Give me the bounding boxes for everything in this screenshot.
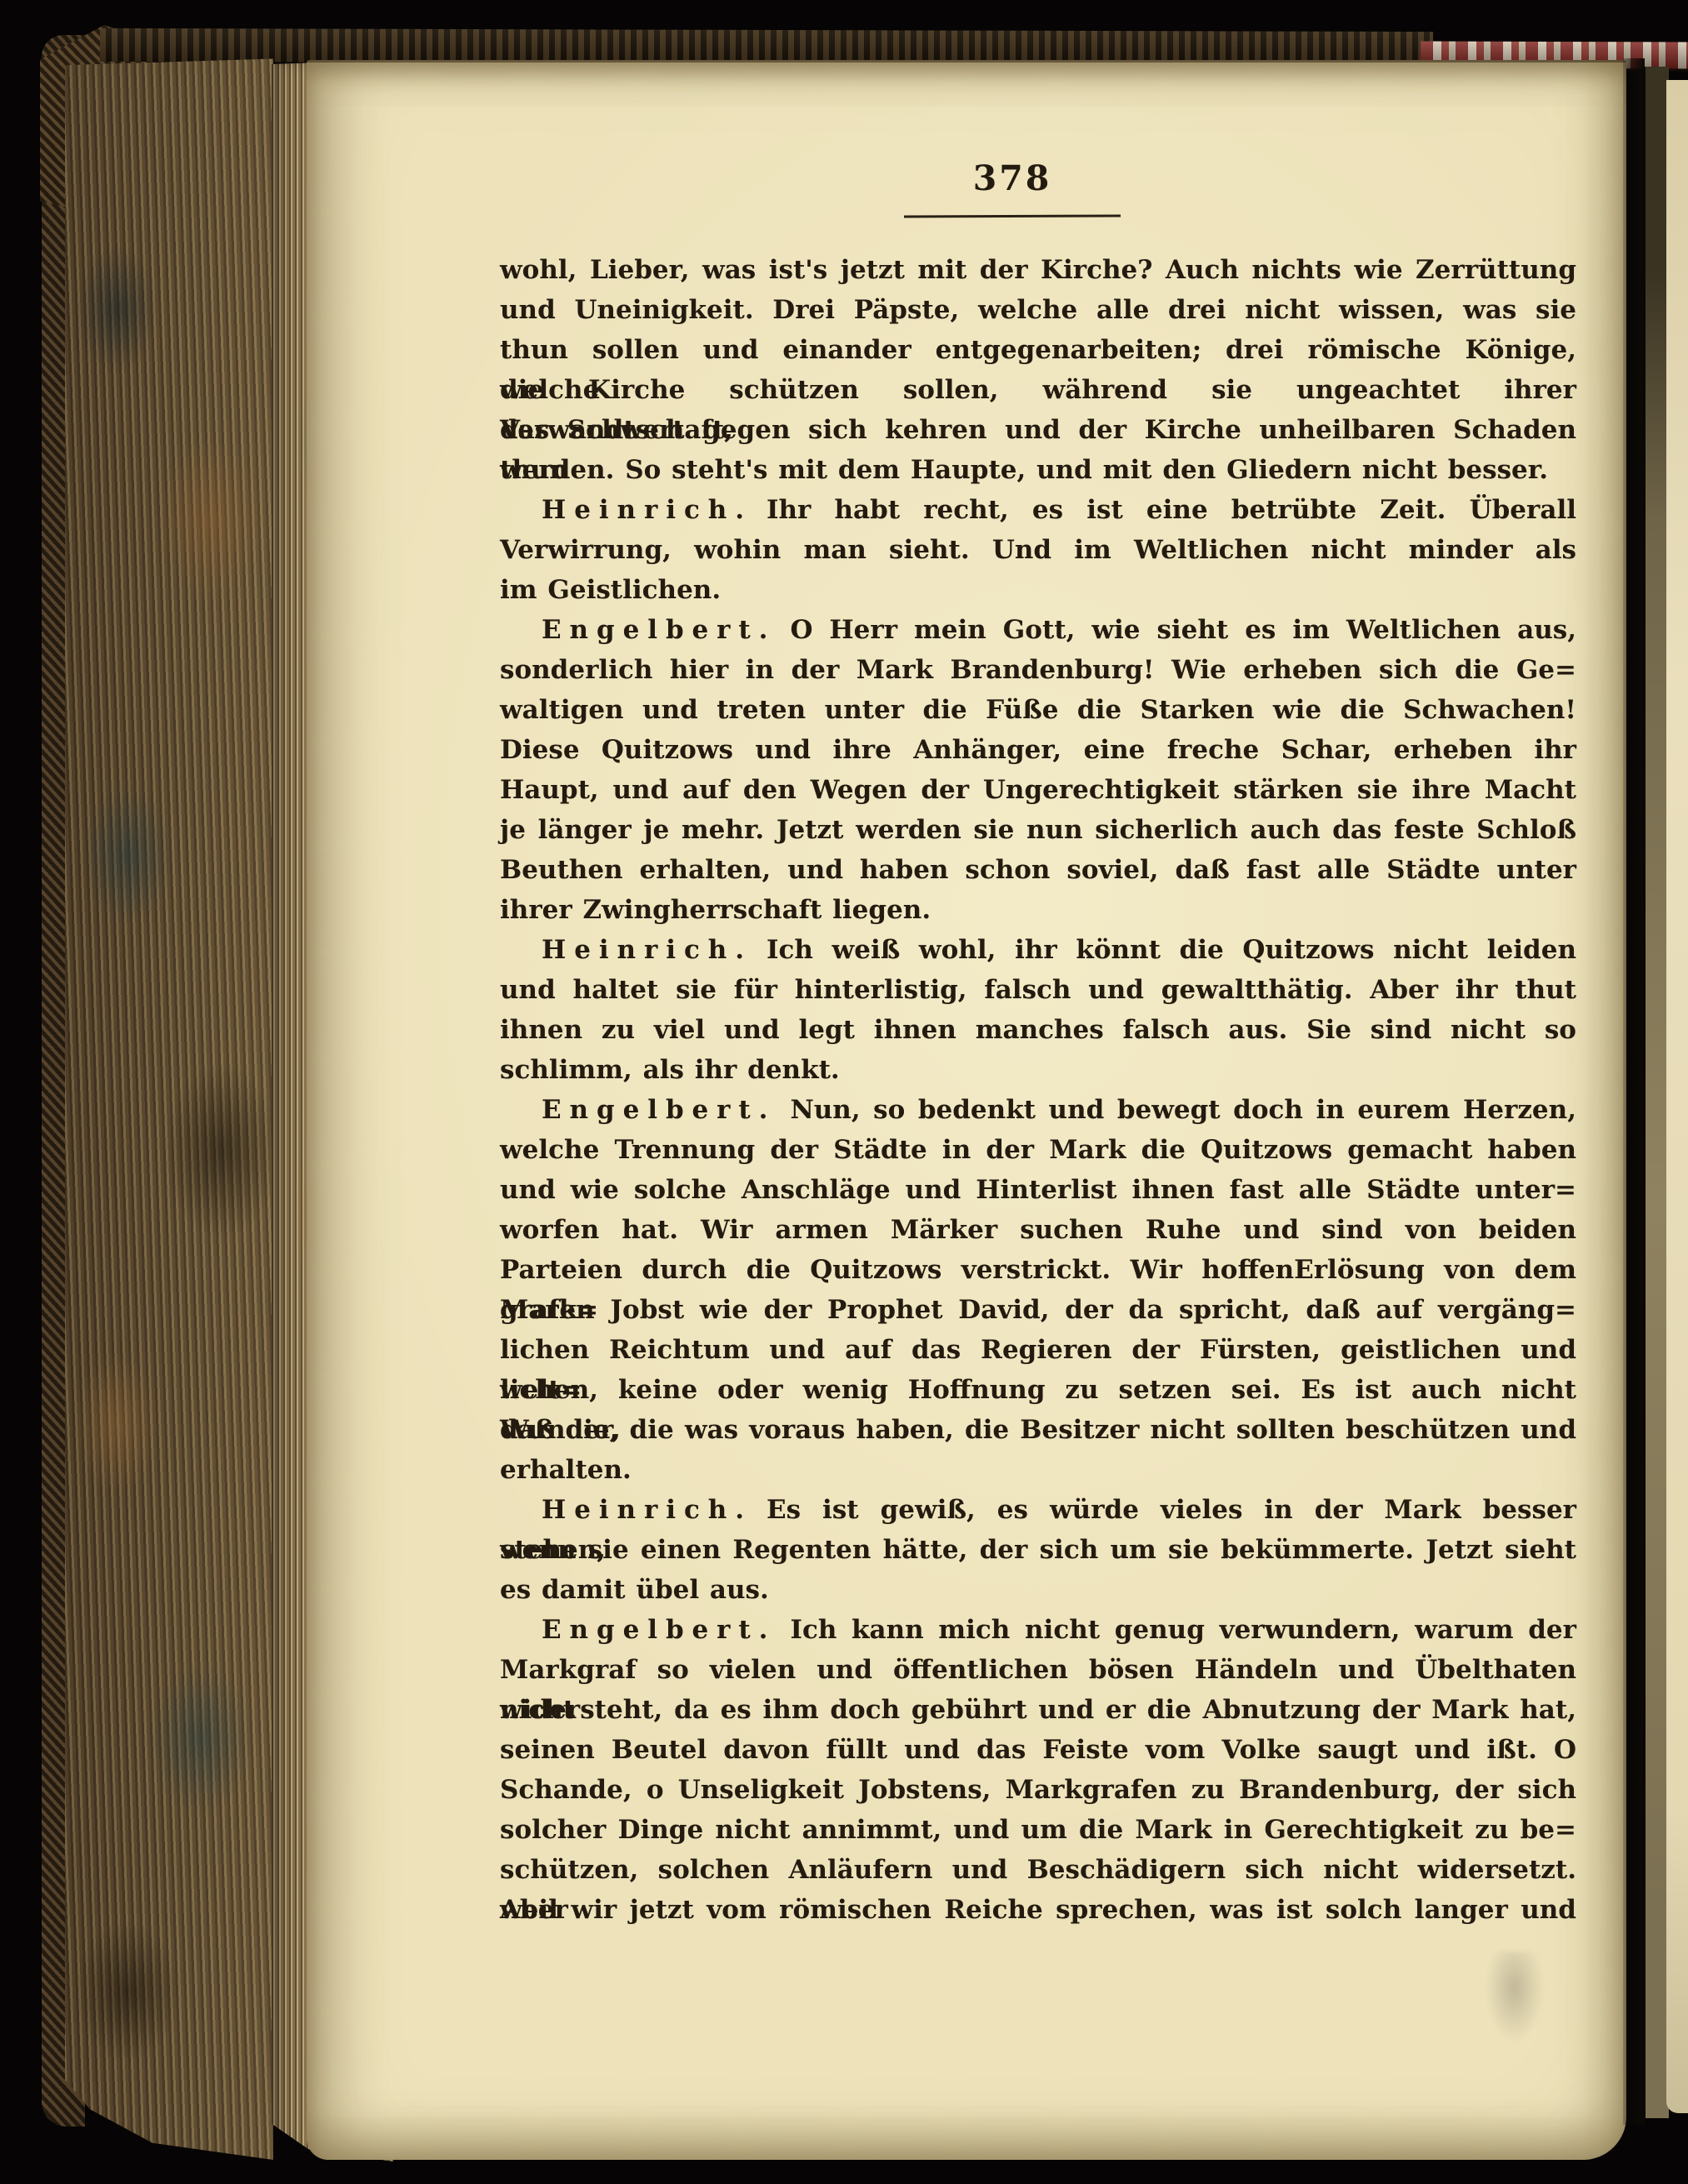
text-line: je länger je mehr. Jetzt werden sie nun … — [500, 810, 1576, 850]
text-line: und haltet sie für hinterlistig, falsch … — [500, 970, 1576, 1010]
text-line: lichen, keine oder wenig Hoffnung zu set… — [500, 1370, 1576, 1410]
text-line: thun sollen und einander entgegenarbeite… — [500, 330, 1576, 370]
text-line: Haupt, und auf den Wegen der Ungerechtig… — [500, 770, 1576, 810]
text-line: wenn sie einen Regenten hätte, der sich … — [500, 1530, 1576, 1570]
text-line: daß die, die was voraus haben, die Besit… — [500, 1410, 1576, 1450]
text-line: worfen hat. Wir armen Märker suchen Ruhe… — [500, 1210, 1576, 1250]
paper-stain — [1486, 1952, 1544, 2043]
text-line: schlimm, als ihr denkt. — [500, 1050, 1576, 1090]
text-line: Beuthen erhalten, und haben schon soviel… — [500, 850, 1576, 890]
text-line: die Kirche schützen sollen, während sie … — [500, 370, 1576, 410]
text-line: weil wir jetzt vom römischen Reiche spre… — [500, 1890, 1576, 1930]
text-line: Engelbert.Ich kann mich nicht genug verw… — [500, 1610, 1576, 1650]
text-line: widersteht, da es ihm doch gebührt und e… — [500, 1690, 1576, 1730]
text-line: werden. So steht's mit dem Haupte, und m… — [500, 450, 1576, 490]
text-line: ihrer Zwingherrschaft liegen. — [500, 890, 1576, 930]
text-line: Heinrich.Es ist gewiß, es würde vieles i… — [500, 1490, 1576, 1530]
text-line: Diese Quitzows und ihre Anhänger, eine f… — [500, 730, 1576, 770]
text-line: seinen Beutel davon füllt und das Feiste… — [500, 1730, 1576, 1770]
page-gap-shadow — [1623, 58, 1645, 2125]
facing-page — [1666, 80, 1688, 2113]
text-line: und wie solche Anschläge und Hinterlist … — [500, 1170, 1576, 1210]
text-line: grafen Jobst wie der Prophet David, der … — [500, 1290, 1576, 1330]
page-number: 378 — [900, 158, 1125, 198]
text-line: welche Trennung der Städte in der Mark d… — [500, 1130, 1576, 1170]
marbled-fore-edge — [65, 57, 273, 2160]
speaker-name: Engelbert. — [542, 1615, 790, 1645]
speaker-name: Engelbert. — [542, 1095, 790, 1125]
text-line: Heinrich.Ihr habt recht, es ist eine bet… — [500, 490, 1576, 530]
text-line: Parteien durch die Quitzows verstrickt. … — [500, 1250, 1576, 1290]
facing-page-edge — [1643, 67, 1669, 2118]
text-line: waltigen und treten unter die Füße die S… — [500, 690, 1576, 730]
text-line: Heinrich.Ich weiß wohl, ihr könnt die Qu… — [500, 930, 1576, 970]
text-line: Verwirrung, wohin man sieht. Und im Welt… — [500, 530, 1576, 570]
page-number-rule — [904, 215, 1121, 218]
text-line: wohl, Lieber, was ist's jetzt mit der Ki… — [500, 250, 1576, 290]
text-line: das Schwert gegen sich kehren und der Ki… — [500, 410, 1576, 450]
text-line: Engelbert.O Herr mein Gott, wie sieht es… — [500, 610, 1576, 650]
text-line: sonderlich hier in der Mark Brandenburg!… — [500, 650, 1576, 690]
text-line: erhalten. — [500, 1450, 1576, 1490]
text-line: Schande, o Unseligkeit Jobstens, Markgra… — [500, 1770, 1576, 1810]
text-line: solcher Dinge nicht annimmt, und um die … — [500, 1810, 1576, 1850]
speaker-name: Heinrich. — [542, 495, 767, 525]
speaker-name: Engelbert. — [542, 615, 790, 645]
text-line: Engelbert.Nun, so bedenkt und bewegt doc… — [500, 1090, 1576, 1130]
text-line: es damit übel aus. — [500, 1570, 1576, 1610]
text-line: Markgraf so vielen und öffentlichen böse… — [500, 1650, 1576, 1690]
text-line: schützen, solchen Anläufern und Beschädi… — [500, 1850, 1576, 1890]
text-line: im Geistlichen. — [500, 570, 1576, 610]
text-line: lichen Reichtum und auf das Regieren der… — [500, 1330, 1576, 1370]
page-text: wohl, Lieber, was ist's jetzt mit der Ki… — [500, 250, 1576, 1930]
speaker-name: Heinrich. — [542, 1495, 767, 1525]
book-page: 378 wohl, Lieber, was ist's jetzt mit de… — [307, 60, 1626, 2160]
text-line: und Uneinigkeit. Drei Päpste, welche all… — [500, 290, 1576, 330]
speaker-name: Heinrich. — [542, 935, 767, 965]
text-line: ihnen zu viel und legt ihnen manches fal… — [500, 1010, 1576, 1050]
page-top-edge — [307, 60, 1626, 62]
